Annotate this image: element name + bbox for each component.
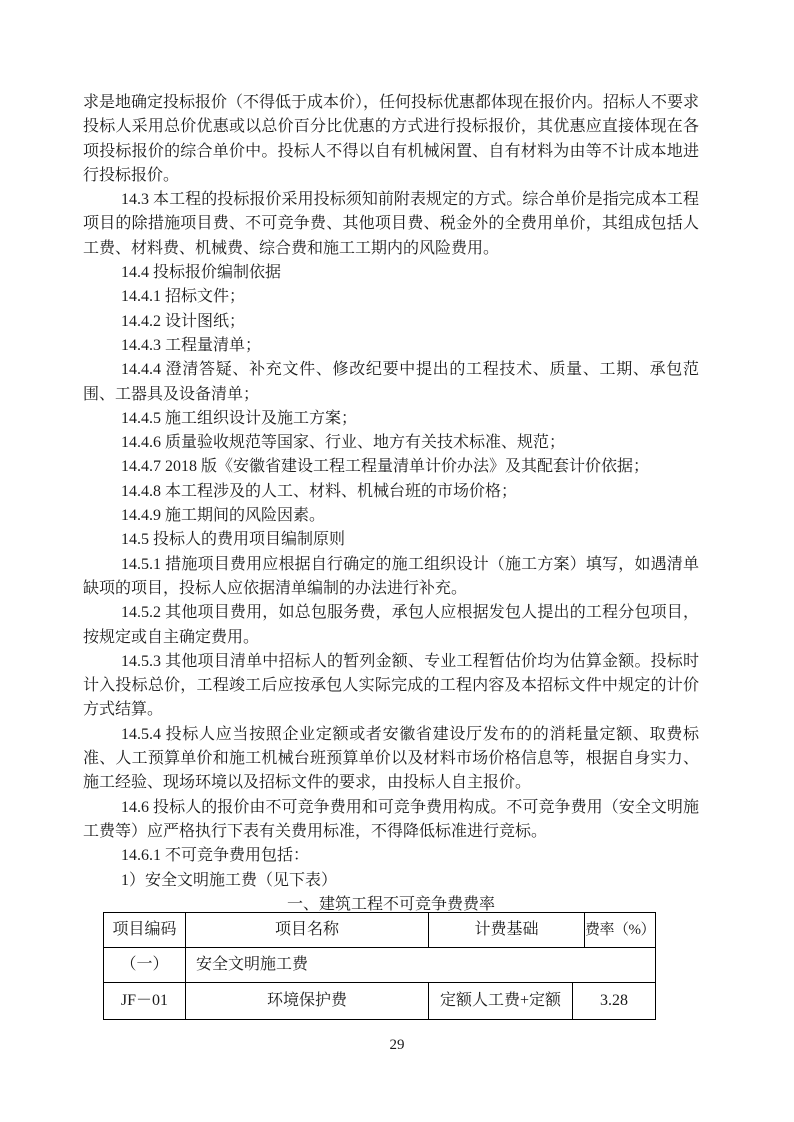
paragraph: 14.4.2 设计图纸； — [83, 310, 699, 334]
paragraph: 14.6 投标人的报价由不可竞争费用和可竞争费用构成。不可竞争费用（安全文明施工… — [83, 796, 699, 845]
header-cell-item-code: 项目编码 — [104, 913, 185, 947]
paragraph: 14.5.2 其他项目费用，如总包服务费，承包人应根据发包人提出的工程分包项目，… — [83, 601, 699, 650]
paragraph: 14.4.8 本工程涉及的人工、材料、机械台班的市场价格； — [83, 480, 699, 504]
paragraph: 14.4.5 施工组织设计及施工方案； — [83, 407, 699, 431]
fee-rate-table: 项目编码 项目名称 计费基础 费率（%） （一） 安全文明施工费 JF－01 环… — [103, 912, 656, 1020]
table-header-row: 项目编码 项目名称 计费基础 费率（%） — [104, 913, 655, 947]
paragraph: 14.4.1 招标文件； — [83, 285, 699, 309]
header-cell-rate: 费率（%） — [584, 913, 655, 947]
paragraph: 14.4.6 质量验收规范等国家、行业、地方有关技术标准、规范； — [83, 431, 699, 455]
paragraph: 14.4.7 2018 版《安徽省建设工程工程量清单计价办法》及其配套计价依据； — [83, 455, 699, 479]
cell-item-name-merged: 安全文明施工费 — [185, 948, 655, 982]
table-row: （一） 安全文明施工费 — [104, 947, 655, 982]
header-cell-fee-basis: 计费基础 — [428, 913, 584, 947]
paragraph: 14.4.3 工程量清单； — [83, 334, 699, 358]
paragraph: 14.5 投标人的费用项目编制原则 — [83, 528, 699, 552]
paragraph: 14.4.4 澄清答疑、补充文件、修改纪要中提出的工程技术、质量、工期、承包范围… — [83, 358, 699, 407]
paragraph: 1）安全文明施工费（见下表） — [83, 869, 699, 893]
cell-fee-basis: 定额人工费+定额 — [428, 983, 572, 1019]
document-body: 求是地确定投标报价（不得低于成本价），任何投标优惠都体现在报价内。招标人不要求投… — [83, 91, 699, 1020]
paragraph: 14.4.9 施工期间的风险因素。 — [83, 504, 699, 528]
paragraph: 求是地确定投标报价（不得低于成本价），任何投标优惠都体现在报价内。招标人不要求投… — [83, 91, 699, 188]
paragraph: 14.5.4 投标人应当按照企业定额或者安徽省建设厅发布的的消耗量定额、取费标准… — [83, 723, 699, 796]
paragraph: 14.6.1 不可竞争费用包括： — [83, 844, 699, 868]
page-number: 29 — [0, 1037, 794, 1054]
paragraph: 14.5.1 措施项目费用应根据自行确定的施工组织设计（施工方案）填写，如遇清单… — [83, 553, 699, 602]
paragraph: 14.4 投标报价编制依据 — [83, 261, 699, 285]
cell-item-name: 环境保护费 — [185, 983, 428, 1019]
cell-rate: 3.28 — [572, 983, 655, 1019]
paragraph-container: 求是地确定投标报价（不得低于成本价），任何投标优惠都体现在报价内。招标人不要求投… — [83, 91, 699, 893]
document-page: 求是地确定投标报价（不得低于成本价），任何投标优惠都体现在报价内。招标人不要求投… — [0, 0, 794, 1122]
cell-item-code: （一） — [104, 948, 185, 982]
header-cell-item-name: 项目名称 — [185, 913, 428, 947]
paragraph: 14.3 本工程的投标报价采用投标须知前附表规定的方式。综合单价是指完成本工程项… — [83, 188, 699, 261]
cell-item-code: JF－01 — [104, 983, 185, 1019]
paragraph: 14.5.3 其他项目清单中招标人的暂列金额、专业工程暂估价均为估算金额。投标时… — [83, 650, 699, 723]
table-row: JF－01 环境保护费 定额人工费+定额 3.28 — [104, 982, 655, 1019]
